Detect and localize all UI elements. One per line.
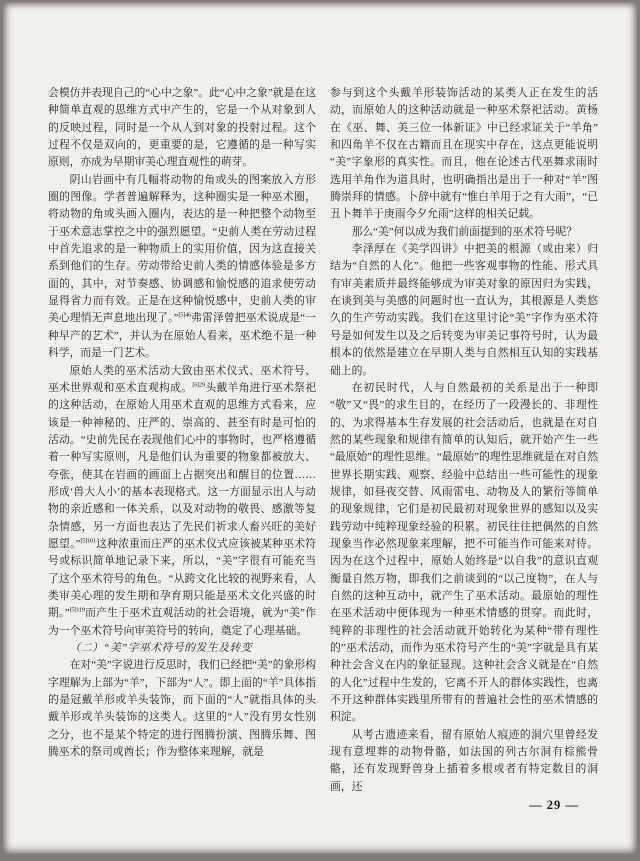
citation-ref: [6]29 bbox=[192, 381, 205, 388]
left-column: 会模仿并表现自己的“心中之象”。此“心中之象”就是在这种简单直观的思维方式中产生… bbox=[48, 85, 316, 761]
text-run: 在初民时代，人与自然最初的关系是出于一种即“敬”又“畏”的求生目的，在经历了一段… bbox=[330, 382, 598, 724]
paragraph: 原始人类的巫术活动大致由巫术仪式、巫术符号、巫术世界观和巫术直观构成。[6]29… bbox=[48, 363, 316, 641]
text-run: （二）“美”字巫术符号的发生及转变 bbox=[70, 642, 252, 654]
scanned-document: { "document": { "page_number": "— 29 —",… bbox=[0, 0, 640, 861]
document-page: 会模仿并表现自己的“心中之象”。此“心中之象”就是在这种简单直观的思维方式中产生… bbox=[3, 2, 637, 854]
text-run: 李泽厚在《美学四讲》中把美的根源（或由来）归结为“自然的人化”。他把一些客观事物… bbox=[330, 243, 598, 376]
paragraph: 从考古遗迹来看，留有原始人痕迹的洞穴里曾经发现有意埋葬的动物骨骼，如法国的列古尔… bbox=[330, 727, 598, 796]
citation-ref: [5]119 bbox=[70, 607, 85, 614]
text-run: 在对“美”字说进行反思时，我们已经把“美”的象形构字理解为上部为“羊”，下部为“… bbox=[48, 659, 316, 758]
paragraph: 李泽厚在《美学四讲》中把美的根源（或由来）归结为“自然的人化”。他把一些客观事物… bbox=[330, 241, 598, 380]
text-run: 从考古遗迹来看，留有原始人痕迹的洞穴里曾经发现有意埋葬的动物骨骼，如法国的列古尔… bbox=[330, 729, 598, 793]
text-run: 而产生于巫术直观活动的社会语境，就为“美”作为一个巫术符号向审美符号的转向，奠定… bbox=[48, 607, 316, 636]
paragraph: 在对“美”字说进行反思时，我们已经把“美”的象形构字理解为上部为“羊”，下部为“… bbox=[48, 657, 316, 761]
text-run: 那么“美”何以成为我们前面提到的巫术符号呢？ bbox=[352, 226, 578, 238]
section-heading: （二）“美”字巫术符号的发生及转变 bbox=[48, 640, 316, 657]
paragraph: 会模仿并表现自己的“心中之象”。此“心中之象”就是在这种简单直观的思维方式中产生… bbox=[48, 85, 316, 172]
text-run: 阴山岩画中有几幅将动物的角或头的图案放入方形圈的图像。学者普遍解释为，这种圈实是… bbox=[48, 174, 316, 325]
citation-ref: [5]101 bbox=[80, 537, 96, 544]
text-run: 会模仿并表现自己的“心中之象”。此“心中之象”就是在这种简单直观的思维方式中产生… bbox=[48, 87, 316, 168]
text-run: 参与到这个头戴羊形装饰活动的某类人正在发生的活动，而原始人的这种活动就是一种巫术… bbox=[330, 87, 598, 220]
text-run: 头戴羊角进行巫术祭祀的这种活动，在原始人用巫术直观的思维方式看来，应该是一种神秘… bbox=[48, 382, 316, 550]
citation-ref: [5]46 bbox=[178, 312, 191, 319]
right-column: 参与到这个头戴羊形装饰活动的某类人正在发生的活动，而原始人的这种活动就是一种巫术… bbox=[330, 85, 598, 796]
paragraph: 参与到这个头戴羊形装饰活动的某类人正在发生的活动，而原始人的这种活动就是一种巫术… bbox=[330, 85, 598, 224]
page-number: — 29 — bbox=[504, 798, 604, 813]
paragraph: 那么“美”何以成为我们前面提到的巫术符号呢？ bbox=[330, 224, 598, 241]
paragraph: 阴山岩画中有几幅将动物的角或头的图案放入方形圈的图像。学者普遍解释为，这种圈实是… bbox=[48, 172, 316, 363]
paragraph: 在初民时代，人与自然最初的关系是出于一种即“敬”又“畏”的求生目的，在经历了一段… bbox=[330, 380, 598, 727]
